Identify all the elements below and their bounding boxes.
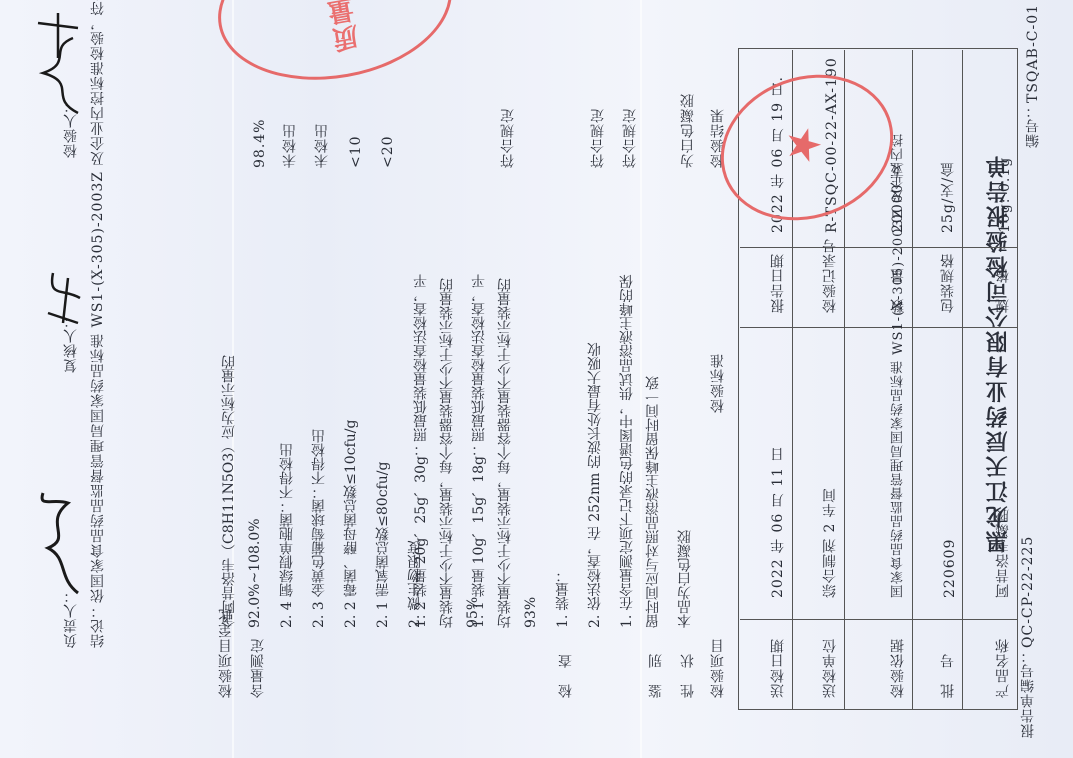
- item-result: 符合规定: [620, 108, 640, 168]
- report-number: QC-CP-22-225: [1020, 536, 1036, 648]
- header-label: 送检日期: [768, 638, 788, 698]
- item-standard: 1. 装量：: [550, 268, 576, 628]
- item-standard: 2. 1 需氧菌总数≤80cfu/g: [370, 268, 396, 628]
- header-label-2: 包装规格: [938, 253, 958, 313]
- header-label-2: 规 格: [993, 268, 1013, 313]
- item-result: 未检出: [312, 123, 332, 168]
- item-result: 未检出: [280, 123, 300, 168]
- conclusion: 结论：依国家食品药品监督管理局国家药品标准 WS1-(X-305)-2003Z …: [88, 0, 108, 648]
- item-result: 符合规定: [588, 108, 608, 168]
- items-header-item: 检验项目: [708, 638, 728, 698]
- item-result: 符合规定: [498, 108, 518, 168]
- item-name: 检验项目至此: [216, 608, 236, 698]
- header-label-2: 检验记录号: [820, 238, 840, 313]
- item-standard: 2. 3 金黄色葡萄球菌：不得检出: [306, 268, 332, 628]
- item-standard: 2. 2 霉菌、酵母菌总数≤10cfu/g: [338, 268, 364, 628]
- item-name: 含量测定: [248, 638, 268, 698]
- header-value: 220609: [942, 539, 958, 598]
- header-value: 2022 年 06 月 11 日: [768, 446, 788, 598]
- item-standard: 含阿昔洛韦（C8H11N5O3）应为标示量的 92.0%~108.0%: [216, 268, 268, 628]
- report-number-line: 报告单编号：QC-CP-22-225: [1018, 536, 1038, 738]
- reviewer-signature: [38, 268, 88, 328]
- item-standard: 2. 微生物限度: [402, 268, 428, 628]
- header-label-2: 数 量: [888, 268, 908, 313]
- header-value-2: 10g: 0.1g: [997, 157, 1013, 233]
- item-standard: 2. 4 铜绿假单胞菌：不得检出: [274, 268, 300, 628]
- oval-stamp: 质量保证部: [206, 0, 464, 97]
- form-code: 编号：TSQAB-C-01: [1023, 4, 1043, 148]
- item-result: <10: [348, 135, 364, 168]
- item-result: 98.4%: [252, 119, 268, 168]
- header-label: 送检单位: [820, 638, 840, 698]
- header-label: 产品名称: [993, 638, 1013, 698]
- item-name: 性 状: [678, 653, 698, 698]
- header-value-2: 20000 支: [888, 163, 908, 233]
- responsible-signature: [28, 488, 88, 598]
- header-label-2: 报告日期: [768, 253, 788, 313]
- item-name: 鉴 别: [646, 653, 666, 698]
- item-result: 为白色凝胶: [678, 93, 698, 168]
- item-result: <20: [380, 135, 396, 168]
- header-label: 批 号: [938, 653, 958, 698]
- inspector-signature: [28, 8, 88, 118]
- item-standard: 1. 在含量测定项下记录的色谱图中，供试品溶液主峰的保留时间应与对照品溶液主峰保…: [614, 268, 666, 628]
- header-label: 检验依据: [888, 638, 908, 698]
- header-value: 阿昔洛韦凝胶: [993, 508, 1013, 598]
- item-standard: 2. 依法检查，在 252nm 的波长处有最大吸收: [582, 268, 608, 628]
- report-document: 黑龙江天辰药业有限公司检验报告单 编号：TSQAB-C-01 报告单编号：QC-…: [0, 0, 1073, 758]
- oval-stamp-center: 质量保证部: [308, 0, 368, 54]
- item-name: 检 查: [556, 653, 576, 698]
- report-number-label: 报告单编号：: [1020, 648, 1036, 738]
- header-value-2: 25g/支/盒: [938, 162, 958, 233]
- item-standard: 本品为白色凝胶: [672, 268, 698, 628]
- items-header-standard: 检验标准: [708, 353, 728, 413]
- header-value: 综合制剂 2 车间: [820, 487, 840, 598]
